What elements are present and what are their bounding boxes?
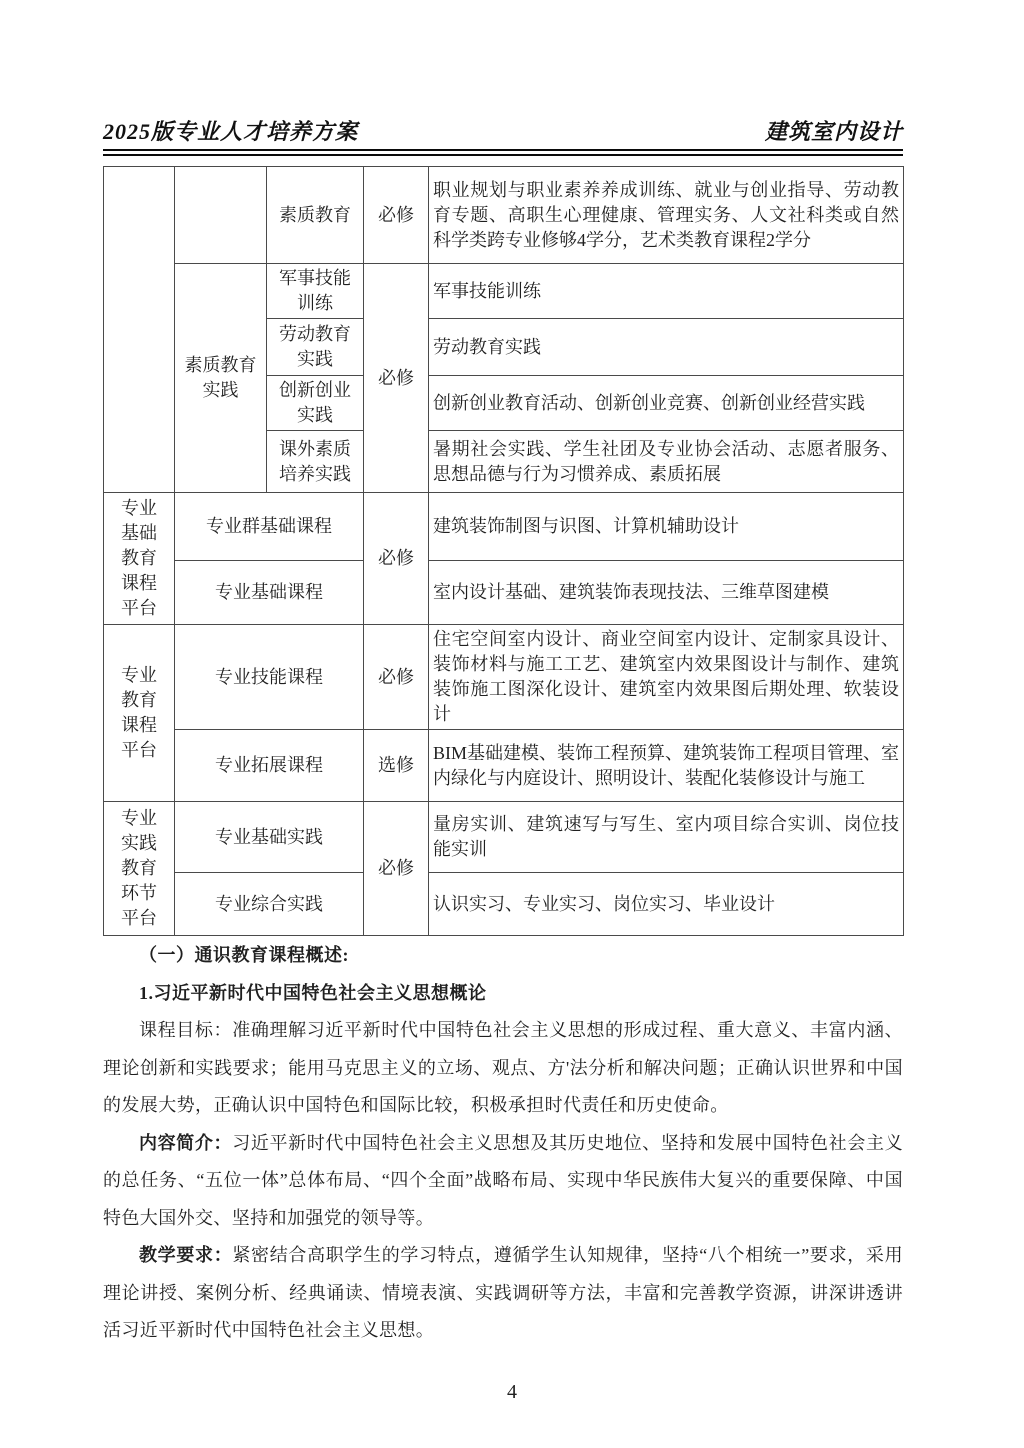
header-right-title: 建筑室内设计 bbox=[765, 115, 903, 146]
cell-course-list: 创新创业教育活动、创新创业竞赛、创新创业经营实践 bbox=[429, 376, 904, 431]
table-row: 专业综合实践 认识实习、专业实习、岗位实习、毕业设计 bbox=[104, 873, 904, 936]
cell-course-type: 必修 bbox=[364, 802, 429, 936]
cell-platform-empty bbox=[104, 167, 175, 493]
section-heading: （一）通识教育课程概述: bbox=[103, 936, 903, 974]
paragraph-course-goals: 课程目标：准确理解习近平新时代中国特色社会主义思想的形成过程、重大意义、丰富内涵… bbox=[103, 1012, 903, 1125]
paragraph-lead: 内容简介： bbox=[139, 1133, 232, 1153]
cell-category: 专业拓展课程 bbox=[175, 730, 364, 802]
curriculum-table: 素质教育 必修 职业规划与职业素养养成训练、就业与创业指导、劳动教育专题、高职生… bbox=[103, 166, 904, 936]
cell-group-empty bbox=[175, 167, 267, 264]
cell-category: 创新创业 实践 bbox=[267, 376, 364, 431]
table-row: 专业拓展课程 选修 BIM基础建模、装饰工程预算、建筑装饰工程项目管理、室内绿化… bbox=[104, 730, 904, 802]
header-left-title: 2025版专业人才培养方案 bbox=[103, 115, 358, 146]
cell-course-type: 选修 bbox=[364, 730, 429, 802]
cell-course-list: 暑期社会实践、学生社团及专业协会活动、志愿者服务、思想品德与行为习惯养成、素质拓… bbox=[429, 431, 904, 493]
table-row: 专业 实践 教育 环节 平台 专业基础实践 必修 量房实训、建筑速写与写生、室内… bbox=[104, 802, 904, 873]
cell-course-list: 量房实训、建筑速写与写生、室内项目综合实训、岗位技能实训 bbox=[429, 802, 904, 873]
table-row: 专业 教育 课程 平台 专业技能课程 必修 住宅空间室内设计、商业空间室内设计、… bbox=[104, 625, 904, 730]
cell-course-list: 住宅空间室内设计、商业空间室内设计、定制家具设计、装饰材料与施工工艺、建筑室内效… bbox=[429, 625, 904, 730]
page-header: 2025版专业人才培养方案 建筑室内设计 bbox=[103, 116, 903, 156]
cell-course-type: 必修 bbox=[364, 167, 429, 264]
cell-category: 专业基础课程 bbox=[175, 561, 364, 625]
document-page: 2025版专业人才培养方案 建筑室内设计 素质教育 必修 职业规划与职业素养养成… bbox=[0, 0, 1024, 1448]
paragraph-lead: 教学要求： bbox=[139, 1245, 232, 1265]
cell-category: 素质教育 bbox=[267, 167, 364, 264]
curriculum-table-wrapper: 素质教育 必修 职业规划与职业素养养成训练、就业与创业指导、劳动教育专题、高职生… bbox=[103, 166, 903, 936]
cell-course-list: 职业规划与职业素养养成训练、就业与创业指导、劳动教育专题、高职生心理健康、管理实… bbox=[429, 167, 904, 264]
paragraph-teaching-requirements: 教学要求：紧密结合高职学生的学习特点，遵循学生认知规律，坚持“八个相统一”要求，… bbox=[103, 1237, 903, 1350]
cell-course-list: 军事技能训练 bbox=[429, 264, 904, 319]
cell-platform: 专业 教育 课程 平台 bbox=[104, 625, 175, 802]
cell-platform: 专业 实践 教育 环节 平台 bbox=[104, 802, 175, 936]
table-row: 专业 基础 教育 课程 平台 专业群基础课程 必修 建筑装饰制图与识图、计算机辅… bbox=[104, 493, 904, 561]
cell-category: 劳动教育 实践 bbox=[267, 319, 364, 376]
cell-category: 专业群基础课程 bbox=[175, 493, 364, 561]
page-number: 4 bbox=[0, 1381, 1024, 1404]
cell-course-list: BIM基础建模、装饰工程预算、建筑装饰工程项目管理、室内绿化与内庭设计、照明设计… bbox=[429, 730, 904, 802]
body-text-section: （一）通识教育课程概述: 1.习近平新时代中国特色社会主义思想概论 课程目标：准… bbox=[103, 936, 903, 1350]
cell-course-list: 建筑装饰制图与识图、计算机辅助设计 bbox=[429, 493, 904, 561]
cell-group: 素质教育 实践 bbox=[175, 264, 267, 493]
cell-category: 专业基础实践 bbox=[175, 802, 364, 873]
cell-category: 专业综合实践 bbox=[175, 873, 364, 936]
cell-course-type: 必修 bbox=[364, 625, 429, 730]
cell-platform: 专业 基础 教育 课程 平台 bbox=[104, 493, 175, 625]
cell-category: 军事技能 训练 bbox=[267, 264, 364, 319]
cell-course-list: 室内设计基础、建筑装饰表现技法、三维草图建模 bbox=[429, 561, 904, 625]
paragraph-content-intro: 内容简介：习近平新时代中国特色社会主义思想及其历史地位、坚持和发展中国特色社会主… bbox=[103, 1125, 903, 1238]
paragraph-lead: 课程目标： bbox=[139, 1020, 232, 1040]
cell-course-type: 必修 bbox=[364, 264, 429, 493]
cell-course-list: 认识实习、专业实习、岗位实习、毕业设计 bbox=[429, 873, 904, 936]
table-row: 素质教育 必修 职业规划与职业素养养成训练、就业与创业指导、劳动教育专题、高职生… bbox=[104, 167, 904, 264]
cell-category: 专业技能课程 bbox=[175, 625, 364, 730]
cell-course-type: 必修 bbox=[364, 493, 429, 625]
subsection-heading: 1.习近平新时代中国特色社会主义思想概论 bbox=[103, 974, 903, 1012]
cell-course-list: 劳动教育实践 bbox=[429, 319, 904, 376]
cell-category: 课外素质 培养实践 bbox=[267, 431, 364, 493]
table-row: 素质教育 实践 军事技能 训练 必修 军事技能训练 bbox=[104, 264, 904, 319]
table-row: 专业基础课程 室内设计基础、建筑装饰表现技法、三维草图建模 bbox=[104, 561, 904, 625]
